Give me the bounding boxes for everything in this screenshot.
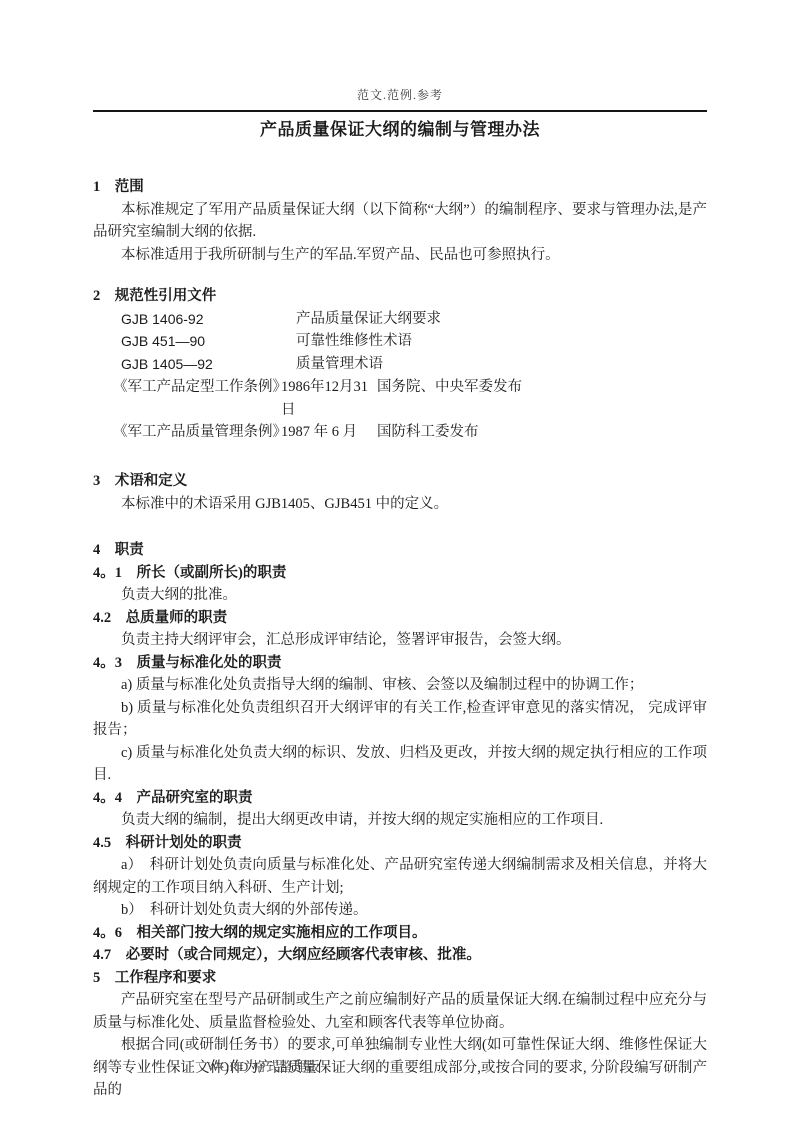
section-4-5-heading: 4.5 科研计划处的职责 xyxy=(93,832,707,855)
section-5-paragraph-2: 根据合同(或研制任务书）的要求,可单独编制专业性大纲(如可靠性保证大纲、维修性保… xyxy=(93,1034,707,1102)
section-4-3-heading: 4。3 质量与标准化处的职责 xyxy=(93,652,707,675)
reference-issuer: 国防科工委发布 xyxy=(377,421,479,444)
section-2-heading: 2 规范性引用文件 xyxy=(93,285,707,308)
section-4-5-item-a: a） 科研计划处负责向质量与标准化处、产品研究室传递大纲编制需求及相关信息，并将… xyxy=(93,854,707,899)
section-4-2-heading: 4.2 总质量师的职责 xyxy=(93,607,707,630)
section-4-4-paragraph: 负责大纲的编制，提出大纲更改申请，并按大纲的规定实施相应的工作项目. xyxy=(93,809,707,832)
section-1-paragraph-1: 本标准规定了军用产品质量保证大纲（以下简称“大纲”）的编制程序、要求与管理办法,… xyxy=(93,199,707,244)
section-1-scope: 1 范围 本标准规定了军用产品质量保证大纲（以下简称“大纲”）的编制程序、要求与… xyxy=(93,176,707,266)
reference-title: 可靠性维修性术语 xyxy=(296,330,412,353)
reference-document-name: 《军工产品定型工作条例》 xyxy=(113,376,281,422)
page-content: 范文.范例.参考 产品质量保证大纲的编制与管理办法 1 范围 本标准规定了军用产… xyxy=(93,0,707,1102)
section-4-3-item-a: a) 质量与标准化处负责指导大纲的编制、审核、会签以及编制过程中的协调工作； xyxy=(93,674,707,697)
document-title: 产品质量保证大纲的编制与管理办法 xyxy=(93,118,707,142)
reference-code: GJB 1405—92 xyxy=(121,353,296,376)
document-page: 范文.范例.参考 产品质量保证大纲的编制与管理办法 1 范围 本标准规定了军用产… xyxy=(0,0,793,1122)
page-header: 范文.范例.参考 xyxy=(93,0,707,112)
page-footer: WORD 格式整理版 xyxy=(207,1056,320,1075)
section-4-2-paragraph: 负责主持大纲评审会，汇总形成评审结论，签署评审报告，会签大纲。 xyxy=(93,629,707,652)
section-4-heading: 4 职责 xyxy=(93,539,707,562)
section-3-paragraph-1: 本标准中的术语采用 GJB1405、GJB451 中的定义。 xyxy=(93,493,707,516)
section-1-heading: 1 范围 xyxy=(93,176,707,199)
reference-issuer: 国务院、中央军委发布 xyxy=(377,376,522,422)
section-4-6-heading: 4。6 相关部门按大纲的规定实施相应的工作项目。 xyxy=(93,922,707,945)
section-3-terms-definitions: 3 术语和定义 本标准中的术语采用 GJB1405、GJB451 中的定义。 xyxy=(93,470,707,515)
section-5-paragraph-1: 产品研究室在型号产品研制或生产之前应编制好产品的质量保证大纲.在编制过程中应充分… xyxy=(93,989,707,1034)
reference-code: GJB 1406-92 xyxy=(121,308,296,331)
section-4-4-heading: 4。4 产品研究室的职责 xyxy=(93,787,707,810)
reference-row: 《军工产品质量管理条例》 1987 年 6 月 国防科工委发布 xyxy=(93,421,707,444)
section-4-3-item-c: c) 质量与标准化处负责大纲的标识、发放、归档及更改，并按大纲的规定执行相应的工… xyxy=(93,742,707,787)
section-5-work-procedures: 5 工作程序和要求 产品研究室在型号产品研制或生产之前应编制好产品的质量保证大纲… xyxy=(93,967,707,1102)
section-5-heading: 5 工作程序和要求 xyxy=(93,967,707,990)
reference-row: GJB 1406-92 产品质量保证大纲要求 xyxy=(93,308,707,331)
reference-document-name: 《军工产品质量管理条例》 xyxy=(113,421,281,444)
section-1-paragraph-2: 本标准适用于我所研制与生产的军品.军贸产品、民品也可参照执行。 xyxy=(93,244,707,267)
section-4-1-paragraph: 负责大纲的批准。 xyxy=(93,584,707,607)
header-watermark-text: 范文.范例.参考 xyxy=(357,88,443,102)
reference-row: GJB 451—90 可靠性维修性术语 xyxy=(93,330,707,353)
section-3-heading: 3 术语和定义 xyxy=(93,470,707,493)
section-4-1-heading: 4。1 所长（或副所长)的职责 xyxy=(93,562,707,585)
reference-row: GJB 1405—92 质量管理术语 xyxy=(93,353,707,376)
section-4-7-heading: 4.7 必要时（或合同规定），大纲应经顾客代表审核、批准。 xyxy=(93,944,707,967)
reference-title: 质量管理术语 xyxy=(296,353,383,376)
reference-title: 产品质量保证大纲要求 xyxy=(296,308,441,331)
reference-code: GJB 451—90 xyxy=(121,330,296,353)
reference-date: 1987 年 6 月 xyxy=(281,421,377,444)
section-4-responsibilities: 4 职责 4。1 所长（或副所长)的职责 负责大纲的批准。 4.2 总质量师的职… xyxy=(93,539,707,967)
section-4-3-item-b: b) 质量与标准化处负责组织召开大纲评审的有关工作,检查评审意见的落实情况， 完… xyxy=(93,697,707,742)
reference-row: 《军工产品定型工作条例》 1986年12月31日 国务院、中央军委发布 xyxy=(93,376,707,422)
reference-date: 1986年12月31日 xyxy=(281,376,377,422)
section-2-normative-references: 2 规范性引用文件 GJB 1406-92 产品质量保证大纲要求 GJB 451… xyxy=(93,285,707,444)
section-4-5-item-b: b） 科研计划处负责大纲的外部传递。 xyxy=(93,899,707,922)
